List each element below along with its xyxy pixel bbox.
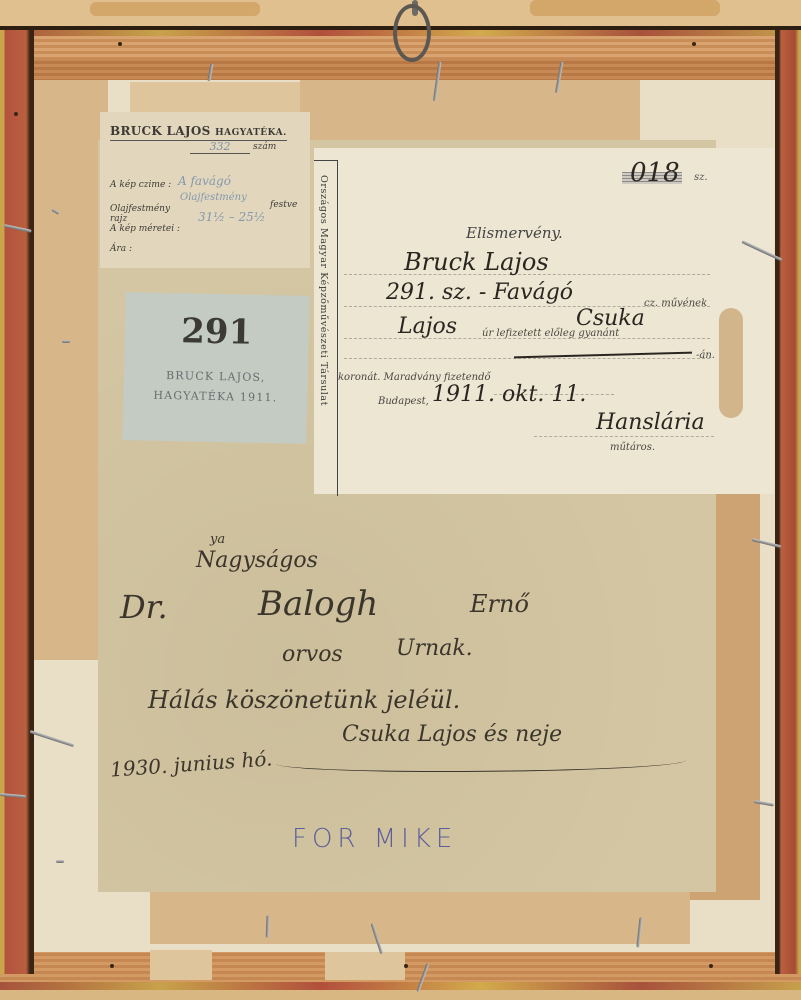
bruck-number-suffix: szám <box>253 142 276 152</box>
hanging-ring <box>393 4 431 62</box>
nail-hole <box>110 964 114 968</box>
label-date-suffix: -án. <box>696 350 715 361</box>
label-signature-role: műtáros. <box>610 442 655 453</box>
receipt-title: Elismervény. <box>466 224 563 242</box>
frame-inner-rail <box>26 58 781 80</box>
inventory-number: 291 <box>124 310 309 354</box>
nail-hole <box>118 42 122 46</box>
inventory-line2: HAGYATÉKA 1911. <box>123 388 307 405</box>
bruck-label-title: BRUCK LAJOS HAGYATÉKA. <box>110 124 287 141</box>
label-work-suffix: cz. művének <box>644 298 707 309</box>
nail-hole <box>14 112 18 116</box>
frame-right-rail <box>775 30 801 974</box>
frame-left-rail <box>0 30 34 974</box>
nail-hole <box>692 42 696 46</box>
frame-gilt-edge-bottom <box>0 982 801 990</box>
receipt-number: 018 <box>630 158 680 188</box>
dotted-line <box>534 436 714 437</box>
field-size-label: A kép méretei : <box>110 224 180 234</box>
bruck-number: 332 <box>190 140 250 154</box>
field-title-label: A kép czime : <box>110 180 171 190</box>
receipt-elismerveny: Országos Magyar Képzőművészeti Társulat … <box>314 148 774 494</box>
receipt-stub: Országos Magyar Képzőművészeti Társulat <box>314 160 338 496</box>
field-price-label: Ára : <box>110 244 132 254</box>
handwritten-buyer-name: Lajos <box>398 314 457 339</box>
handwritten-medium: Olajfestmény <box>180 192 247 203</box>
handwritten-date: 1911. okt. 11. <box>432 382 586 407</box>
bruck-estate-label: BRUCK LAJOS HAGYATÉKA. 332 szám A kép cz… <box>100 112 310 268</box>
dedication-title: Dr. <box>120 588 168 626</box>
handwritten-artist: Bruck Lajos <box>404 248 549 276</box>
water-stain <box>719 308 743 418</box>
dotted-line <box>344 358 710 359</box>
dedication-signers: Csuka Lajos és neje <box>342 722 562 747</box>
handwritten-size: 31½ – 25½ <box>198 210 265 224</box>
bruck-title-sub: HAGYATÉKA. <box>215 128 287 138</box>
dedication-profession: orvos <box>282 642 343 667</box>
inventory-line1: BRUCK LAJOS, <box>124 368 308 385</box>
dedication-honorific: Urnak. <box>396 636 473 661</box>
handwritten-signature: Hanslária <box>596 410 705 435</box>
nail-icon <box>62 340 70 343</box>
dedication-thanks: Hálás köszönetünk jeléül. <box>148 686 460 714</box>
ballpoint-note: FOR MIKE <box>292 824 457 854</box>
dedication-surname: Balogh <box>258 584 378 624</box>
wall-stain <box>530 0 720 16</box>
handwritten-work: 291. sz. - Favágó <box>386 280 573 305</box>
kraft-tape-top <box>130 82 310 114</box>
inventory-label-291: 291 BRUCK LAJOS, HAGYATÉKA 1911. <box>122 292 309 444</box>
dedication-firstname: Ernő <box>470 590 529 618</box>
kraft-tape-bottom <box>150 886 690 944</box>
label-city: Budapest, <box>378 396 429 407</box>
bruck-title-text: BRUCK LAJOS <box>110 124 211 138</box>
receipt-number-suffix: sz. <box>694 172 708 183</box>
nail-hole <box>404 964 408 968</box>
kraft-patch <box>150 950 212 980</box>
handwritten-title: A favágó <box>178 174 231 188</box>
nail-hole <box>709 964 713 968</box>
dedication-line1: Nagyságos <box>196 548 318 573</box>
field-medium-label: Olajfestmény <box>110 204 170 214</box>
kraft-patch <box>325 952 405 980</box>
nail-icon <box>56 860 64 863</box>
dedication-prefix: ya <box>210 532 225 547</box>
field-painted-label: festve <box>270 200 297 210</box>
field-medium-alt-label: rajz <box>110 214 127 224</box>
kraft-tape-top <box>300 80 640 146</box>
wall-stain <box>90 2 260 16</box>
label-deposit: úr lefizetett előleg gyanánt <box>482 328 619 339</box>
kraft-tape-left <box>34 80 108 660</box>
receipt-stub-text: Országos Magyar Képzőművészeti Társulat <box>318 175 329 406</box>
